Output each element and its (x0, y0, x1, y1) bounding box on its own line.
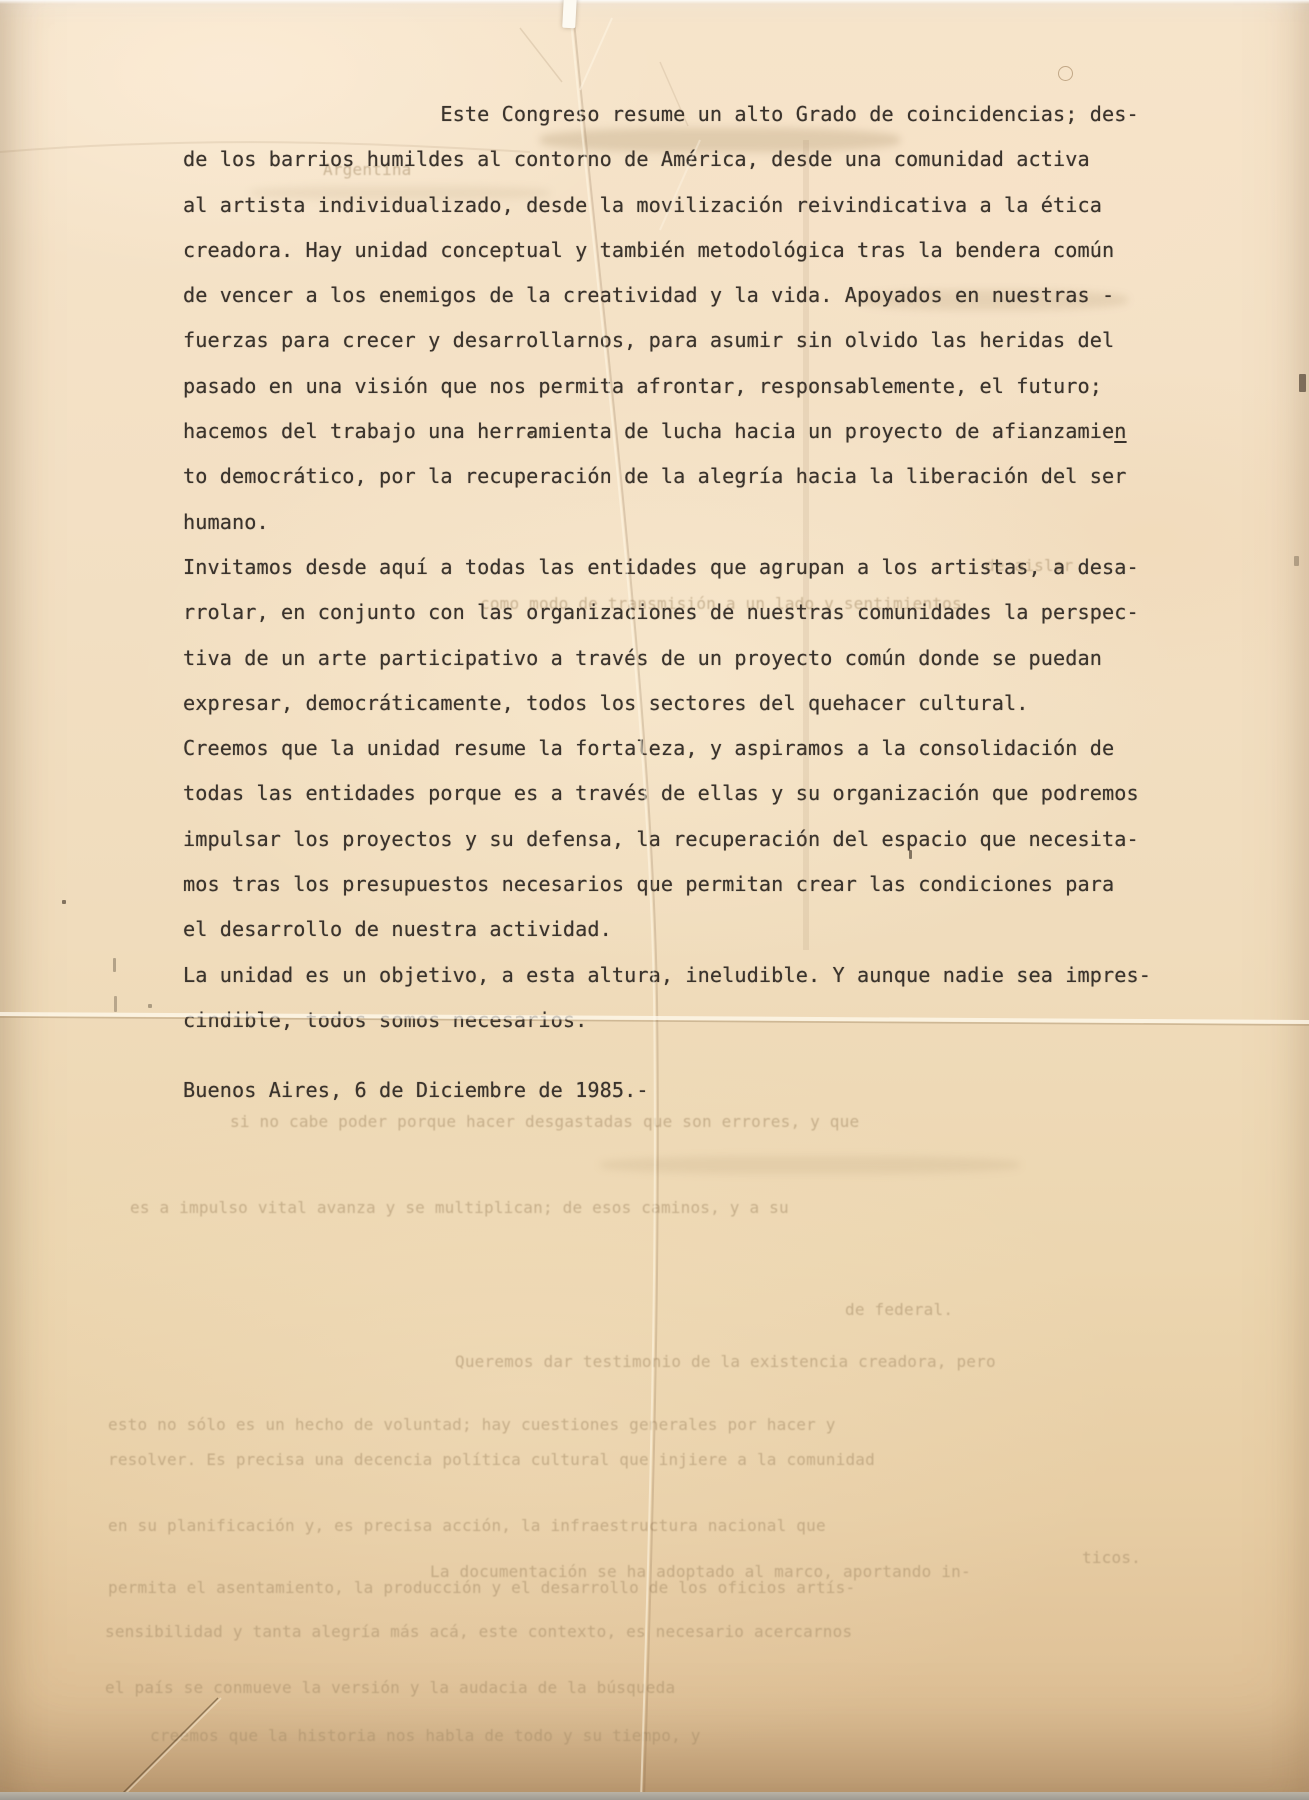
text-line: hacemos del trabajo una herramienta de l… (183, 409, 1151, 454)
bleedthrough-line: de federal. (845, 1300, 953, 1319)
margin-speck (113, 958, 116, 972)
text-line: todas las entidades porque es a través d… (183, 771, 1151, 816)
text-line: fuerzas para crecer y desarrollarnos, pa… (183, 318, 1151, 363)
stray-apostrophe-mark (909, 850, 912, 859)
stray-dot-mark (529, 431, 533, 435)
text-line: al artista individualizado, desde la mov… (183, 183, 1151, 228)
text-line: expresar, democráticamente, todos los se… (183, 681, 1151, 726)
bleedthrough-line: Queremos dar testimonio de la existencia… (455, 1352, 996, 1371)
text-line: humano. (183, 500, 1151, 545)
bleedthrough-line: esto no sólo es un hecho de voluntad; ha… (108, 1415, 836, 1434)
edge-speck (1294, 556, 1299, 566)
ink-ring-mark (1058, 66, 1073, 81)
paper-fold-notch (562, 0, 577, 28)
scanner-background-strip (0, 1792, 1309, 1800)
margin-speck (148, 1004, 152, 1008)
bleedthrough-line: es a impulso vital avanza y se multiplic… (130, 1198, 789, 1217)
text-line: Este Congreso resume un alto Grado de co… (183, 92, 1151, 137)
text-line: to democrático, por la recuperación de l… (183, 454, 1151, 499)
text-line: La unidad es un objetivo, a esta altura,… (183, 953, 1151, 998)
text-line: el desarrollo de nuestra actividad. (183, 907, 1151, 952)
text-line: pasado en una visión que nos permita afr… (183, 364, 1151, 409)
bleedthrough-line: permita el asentamiento, la producción y… (108, 1578, 855, 1597)
edge-speck (1299, 374, 1306, 392)
text-line: Buenos Aires, 6 de Diciembre de 1985.- (183, 1068, 1151, 1113)
text-line: mos tras los presupuestos necesarios que… (183, 862, 1151, 907)
bleedthrough-line: en su planificación y, es precisa acción… (108, 1516, 826, 1535)
typewritten-text: Este Congreso resume un alto Grado de co… (183, 92, 1151, 1114)
text-line: impulsar los proyectos y su defensa, la … (183, 817, 1151, 862)
bleedthrough-line: La documentación se ha adoptado al marco… (430, 1562, 971, 1581)
text-line: tiva de un arte participativo a través d… (183, 636, 1151, 681)
text-line: rrolar, en conjunto con las organizacion… (183, 590, 1151, 635)
text-line: cindible, todos somos necesarios. (183, 998, 1151, 1043)
scanned-typewritten-letter: Argentinacomo modo de transmisión a un l… (0, 0, 1309, 1800)
text-line: Creemos que la unidad resume la fortalez… (183, 726, 1151, 771)
bleedthrough-smudge (600, 1156, 1020, 1174)
text-line: creadora. Hay unidad conceptual y tambié… (183, 228, 1151, 273)
bleedthrough-line: creemos que la historia nos habla de tod… (150, 1726, 701, 1745)
bleedthrough-line: si no cabe poder porque hacer desgastada… (230, 1112, 859, 1131)
text-line: de los barrios humildes al contorno de A… (183, 137, 1151, 182)
bleedthrough-line: ticos. (1082, 1548, 1141, 1567)
bleedthrough-line: el país se conmueve la versión y la auda… (105, 1678, 675, 1697)
paper-top-edge-highlight (0, 0, 1309, 4)
margin-speck (62, 900, 66, 904)
text-line: Invitamos desde aquí a todas las entidad… (183, 545, 1151, 590)
margin-speck (114, 996, 117, 1012)
bleedthrough-line: resolver. Es precisa una decencia políti… (108, 1450, 875, 1469)
text-line: de vencer a los enemigos de la creativid… (183, 273, 1151, 318)
bleedthrough-line: sensibilidad y tanta alegría más acá, es… (105, 1622, 852, 1641)
